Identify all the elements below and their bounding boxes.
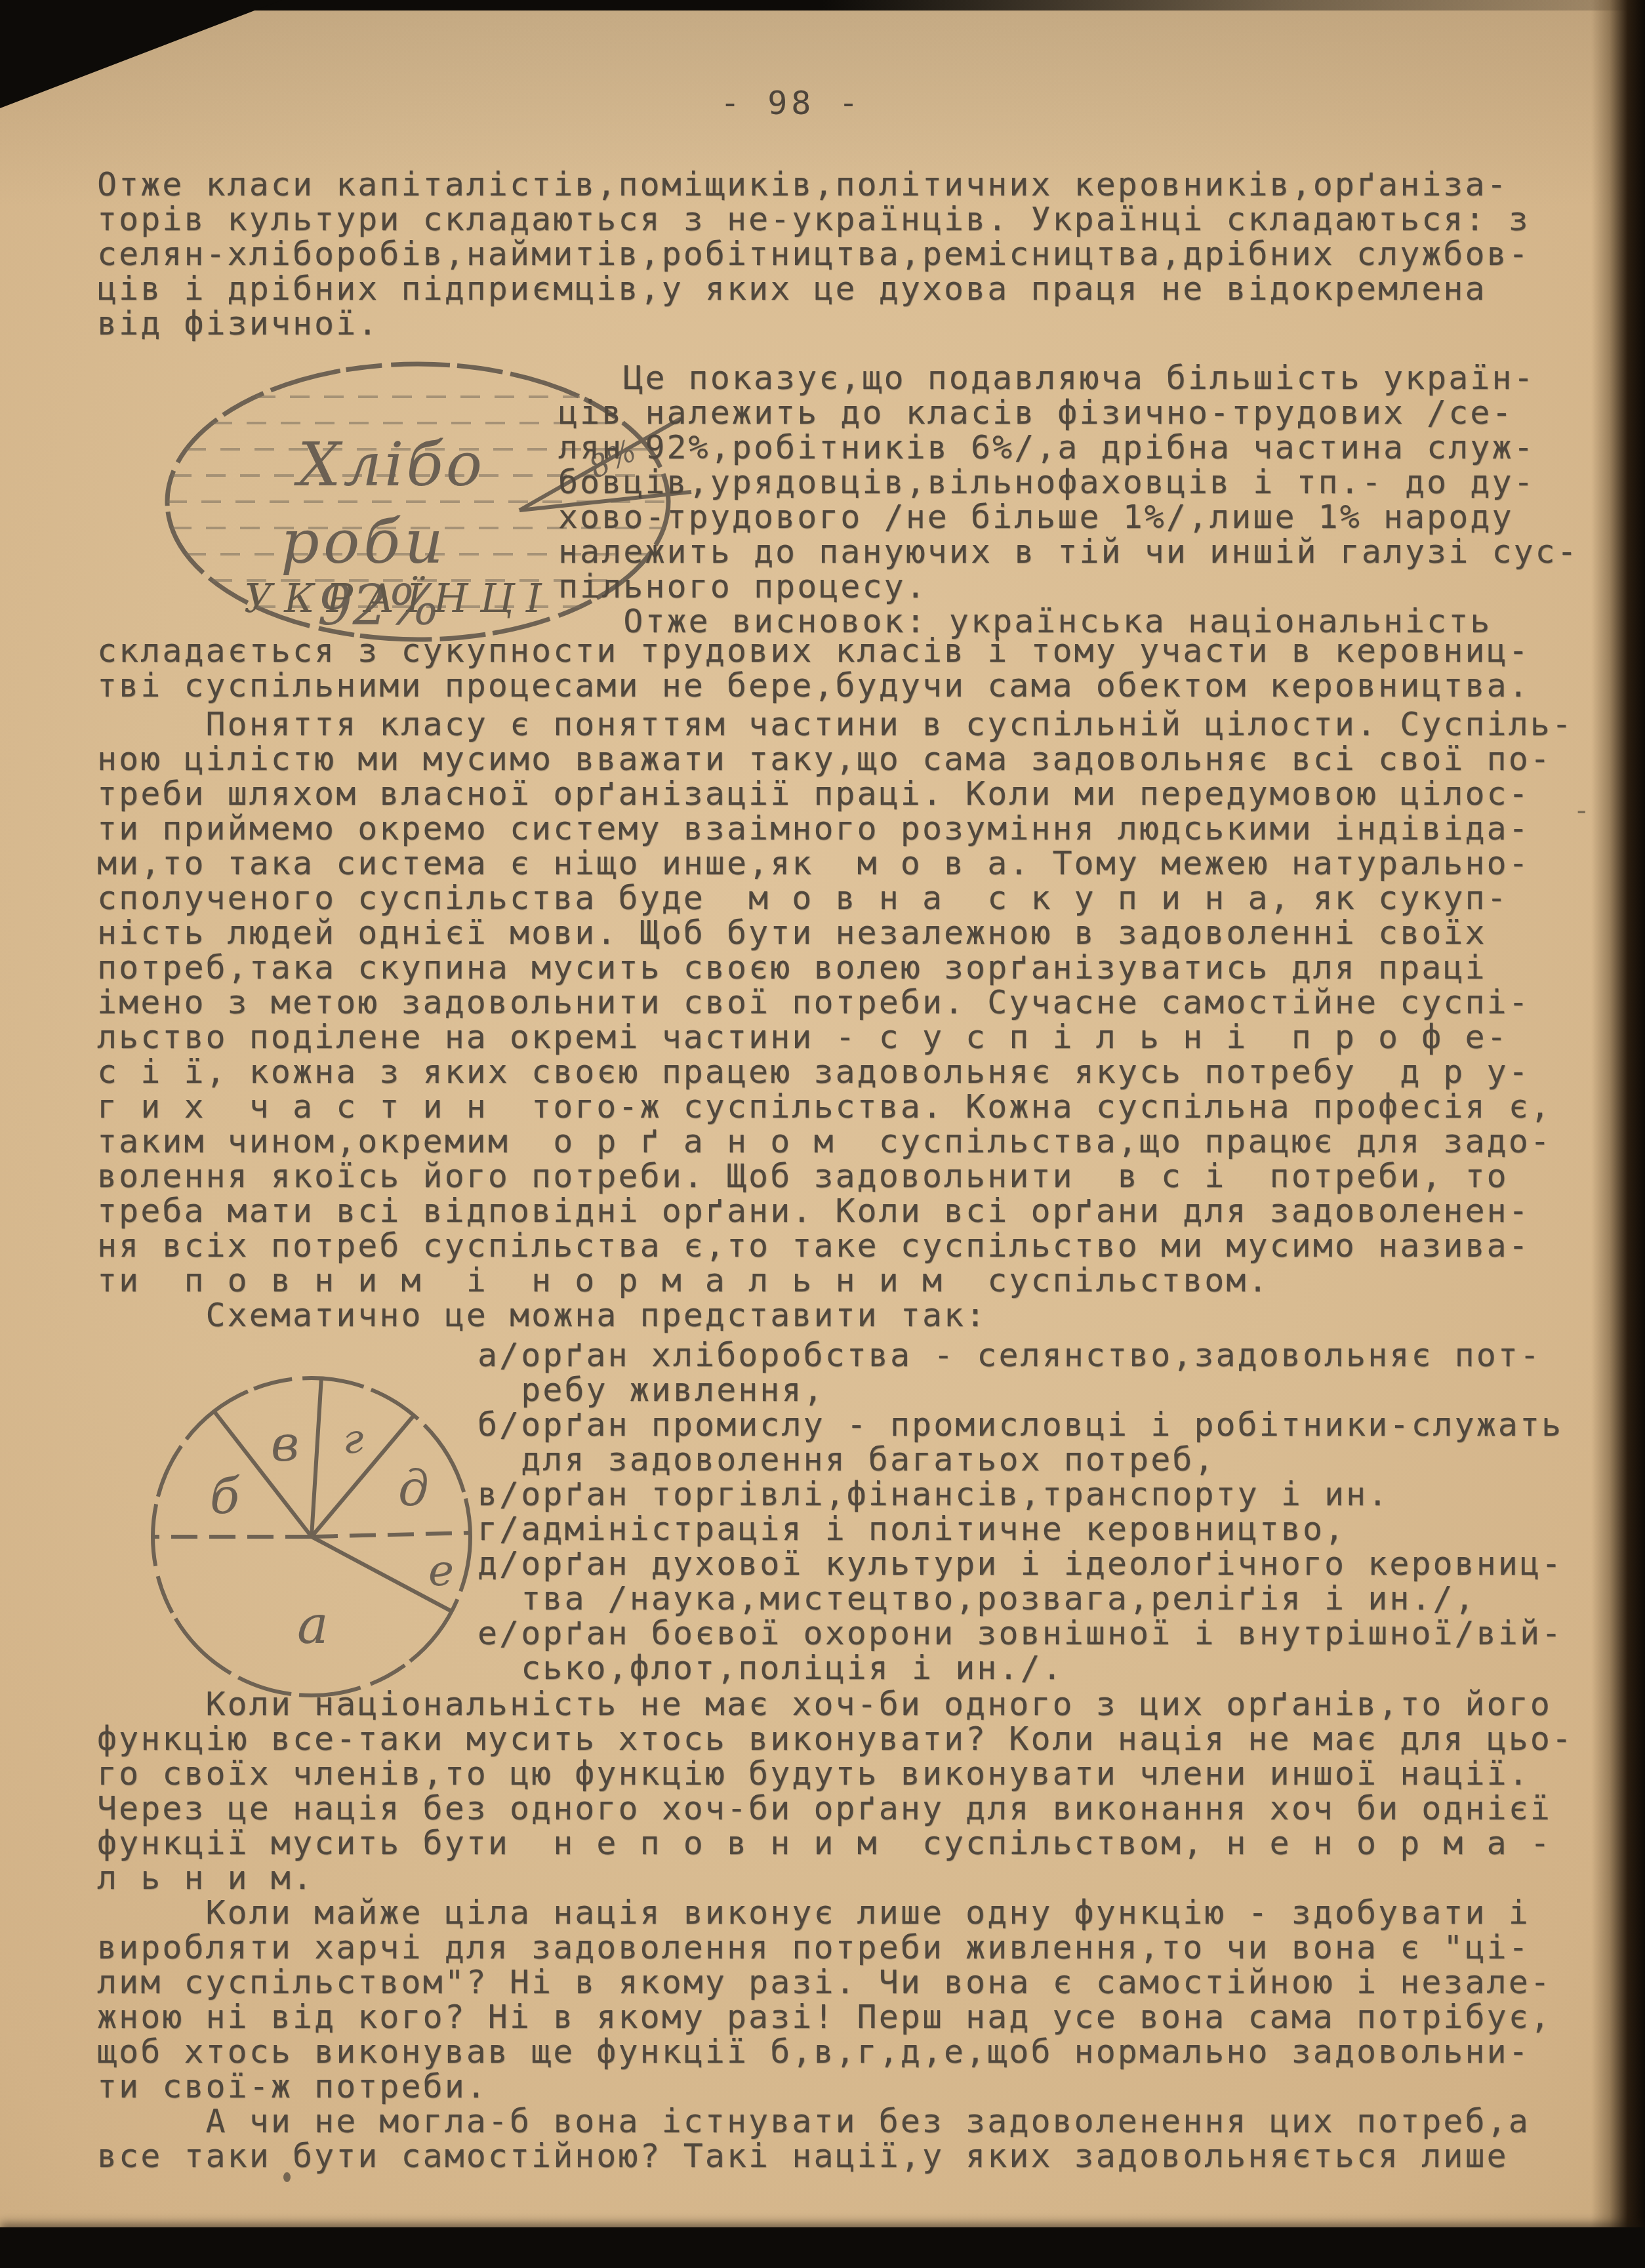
list-item: ребу живлення, <box>477 1373 1563 1407</box>
text-line: виробляти харчі для задоволення потреби … <box>97 1930 1552 1965</box>
list-item: в/орґан торгівлі,фінансів,транспорту і и… <box>477 1477 1563 1512</box>
text-line: волення якоїсь його потреби. Щоб задовол… <box>97 1159 1574 1194</box>
paragraph-5: Коли майже ціла нація виконує лише одну … <box>97 1895 1552 2104</box>
pie-slice-label-d: д <box>398 1461 429 1517</box>
text-line: треби шляхом власної орґанізації праці. … <box>97 777 1574 811</box>
text-line: імено з метою задовольнити свої потреби.… <box>97 985 1574 1020</box>
text-line: пільного процесу. <box>558 569 1579 604</box>
text-line: ми,то така система є ніщо инше,як м о в … <box>97 846 1574 881</box>
page-number: - 98 - <box>720 84 863 122</box>
text-line: потреб,така скупина мусить своєю волею з… <box>97 950 1574 985</box>
paragraph-2-continued: складається з сукупности трудових класів… <box>97 634 1530 703</box>
pie-slice-label-a: а <box>297 1594 329 1655</box>
text-line: Отже класи капіталістів,поміщиків,політи… <box>97 167 1530 202</box>
text-line: ців належить до класів фізично-трудових … <box>558 395 1579 430</box>
text-line: торів культури складаються з не-українці… <box>97 202 1530 237</box>
text-line: бовців,урядовців,вільнофаховців і тп.- д… <box>558 465 1579 500</box>
scan-edge-right <box>1591 0 1645 2268</box>
slice-label-main-1: Хлібо <box>294 430 485 500</box>
text-line: ність людей однієї мови. Щоб бути незале… <box>97 916 1574 950</box>
text-line: функцію все-таки мусить хтось виконувати… <box>97 1722 1574 1756</box>
paragraph-4: Коли національність не має хоч-би одного… <box>97 1687 1574 1895</box>
text-line: сполученого суспільства буде м о в н а с… <box>97 881 1574 916</box>
text-line: л ь н и м. <box>97 1861 1574 1895</box>
text-line: щоб хтось виконував ще функції б,в,г,д,е… <box>97 2035 1552 2069</box>
scan-edge-bottom <box>0 2227 1645 2268</box>
paragraph-2: Це показує,що подавляюча більшість украї… <box>558 361 1579 639</box>
ink-speck-dash: - <box>1573 794 1591 827</box>
paragraph-6: А чи не могла-б вона істнувати без задов… <box>97 2104 1530 2174</box>
text-line: г и х ч а с т и н того-ж суспільства. Ко… <box>97 1089 1574 1124</box>
text-line: лим суспільством"? Ні в якому разі. Чи в… <box>97 1965 1552 2000</box>
text-line: ня всіх потреб суспільства є,то таке сус… <box>97 1228 1574 1263</box>
ink-speck-dot <box>283 2172 291 2182</box>
pie-slice-label-g: г <box>343 1415 363 1463</box>
text-line: Це показує,що подавляюча більшість украї… <box>558 361 1579 395</box>
text-line: складається з сукупности трудових класів… <box>97 634 1530 668</box>
text-line: Коли національність не має хоч-би одного… <box>97 1687 1574 1722</box>
circle-caption: УКРАЇНЦІ <box>244 576 554 622</box>
text-line: Коли майже ціла нація виконує лише одну … <box>97 1895 1552 1930</box>
list-item: для задоволення багатьох потреб, <box>477 1442 1563 1477</box>
text-line: ти приймемо окремо систему взаімного роз… <box>97 811 1574 846</box>
text-line: жною ні від кого? Ні в якому разі! Перш … <box>97 2000 1552 2035</box>
list-item: е/орґан боєвої охорони зовнішної і внутр… <box>477 1616 1563 1651</box>
organ-list: а/орґан хліборобства - селянство,задовол… <box>477 1338 1563 1686</box>
text-line: належить до пануючих в тій чи иншій галу… <box>558 535 1579 569</box>
pie-slice-label-b: б <box>210 1468 240 1525</box>
text-line: тві суспільними процесами не бере,будучи… <box>97 668 1530 703</box>
list-item: сько,флот,поліція і ин./. <box>477 1651 1563 1686</box>
text-line: Поняття класу є поняттям частини в суспі… <box>97 707 1574 742</box>
text-line: від фізичної. <box>97 306 1530 341</box>
text-line: лян 92%,робітників 6%/,а дрібна частина … <box>558 430 1579 465</box>
scanned-page: - 98 - Отже класи капіталістів,поміщиків… <box>0 0 1645 2268</box>
society-organs-pie-svg: б в г д е а <box>108 1367 535 1709</box>
list-item: тва /наука,мистецтво,розвага,реліґія і и… <box>477 1581 1563 1616</box>
text-line: все таки бути самостійною? Такі нації,у … <box>97 2139 1530 2174</box>
paragraph-3: Поняття класу є поняттям частини в суспі… <box>97 707 1574 1333</box>
text-line: треба мати всі відповідні орґани. Коли в… <box>97 1194 1574 1228</box>
text-line: функції мусить бути н е п о в н и м сусп… <box>97 1826 1574 1861</box>
pie-slice-label-v: в <box>271 1416 299 1472</box>
text-line: таким чином,окремим о р ґ а н о м суспіл… <box>97 1124 1574 1159</box>
text-line: ти п о в н и м і н о р м а л ь н и м сус… <box>97 1263 1574 1298</box>
circle-caption-text: УКРАЇНЦІ <box>244 576 554 622</box>
text-line: льство поділене на окремі частини - с у … <box>97 1020 1574 1055</box>
text-line: ною цілістю ми мусимо вважати таку,що са… <box>97 742 1574 777</box>
text-line: А чи не могла-б вона істнувати без задов… <box>97 2104 1530 2139</box>
text-line: ців і дрібних підприємців,у яких це духо… <box>97 272 1530 306</box>
page-number-text: - 98 - <box>720 84 863 122</box>
list-item: б/орґан промислу - промисловці і робітни… <box>477 1407 1563 1442</box>
list-item: а/орґан хліборобства - селянство,задовол… <box>477 1338 1563 1373</box>
text-line: с і ї, кожна з яких своєю працею задовол… <box>97 1055 1574 1089</box>
text-line: хово-трудового /не більше 1%/,лише 1% на… <box>558 500 1579 535</box>
list-item: г/адміністрація і політичне керовництво, <box>477 1512 1563 1547</box>
pie-slice-label-e: е <box>428 1545 454 1596</box>
text-line: Схематично це можна представити так: <box>97 1298 1574 1333</box>
text-line: ти свої-ж потреби. <box>97 2069 1552 2104</box>
paragraph-1: Отже класи капіталістів,поміщиків,політи… <box>97 167 1530 341</box>
list-item: д/орґан духової культури і ідеолоґічного… <box>477 1547 1563 1581</box>
text-line: Через це нація без одного хоч-би орґану … <box>97 1791 1574 1826</box>
text-line: го своїх членів,то цю функцію будуть вик… <box>97 1756 1574 1791</box>
society-organs-pie-diagram: б в г д е а <box>108 1367 535 1711</box>
slice-label-main-2: роби <box>281 507 447 577</box>
text-line: селян-хліборобів,наймитів,робітництва,ре… <box>97 237 1530 272</box>
